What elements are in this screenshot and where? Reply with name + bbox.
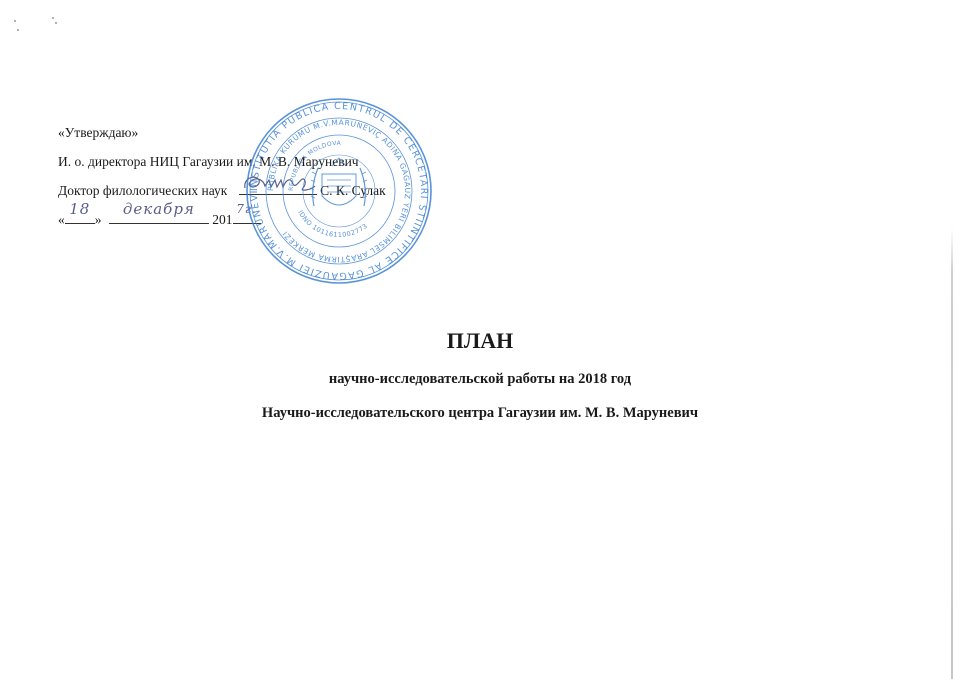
stamp-center-text: REPUBLICA MOLDOVA: [288, 140, 342, 191]
official-stamp: INSTITUTIA PUBLICA CENTRUL DE CERCETARI …: [244, 96, 434, 286]
stamp-idno: IDNO 1011611002773: [296, 209, 369, 239]
day-handwritten: 18: [65, 195, 95, 224]
stamp-inner-text: PUBLIKA KURUMU M.V.MARUNEVIÇ ADINA GAGAU…: [266, 118, 412, 264]
month-handwritten: декабря: [109, 195, 209, 224]
document-subtitle: научно-исследовательской работы на 2018 …: [0, 371, 960, 388]
coat-of-arms-icon: [310, 158, 368, 206]
month-field: декабря: [109, 207, 209, 224]
day-field: 18: [65, 207, 95, 224]
svg-text:PUBLIKA KURUMU M.V.MARUNEVIÇ A: PUBLIKA KURUMU M.V.MARUNEVIÇ ADINA GAGAU…: [266, 118, 412, 264]
document-title: ПЛАН: [0, 328, 960, 354]
organization-name: Научно-исследовательского центра Гагаузи…: [0, 405, 960, 422]
scan-speck: [55, 22, 57, 24]
scan-edge-line: [951, 228, 953, 679]
date-open-quote: «: [58, 212, 65, 227]
svg-text:IDNO 1011611002773: IDNO 1011611002773: [296, 209, 369, 239]
year-prefix: 201: [212, 212, 232, 227]
date-close-quote: »: [95, 212, 102, 227]
scan-speck: [14, 20, 16, 22]
svg-text:REPUBLICA MOLDOVA: REPUBLICA MOLDOVA: [288, 140, 342, 191]
scan-speck: [52, 17, 54, 19]
scan-speck: [17, 29, 19, 31]
